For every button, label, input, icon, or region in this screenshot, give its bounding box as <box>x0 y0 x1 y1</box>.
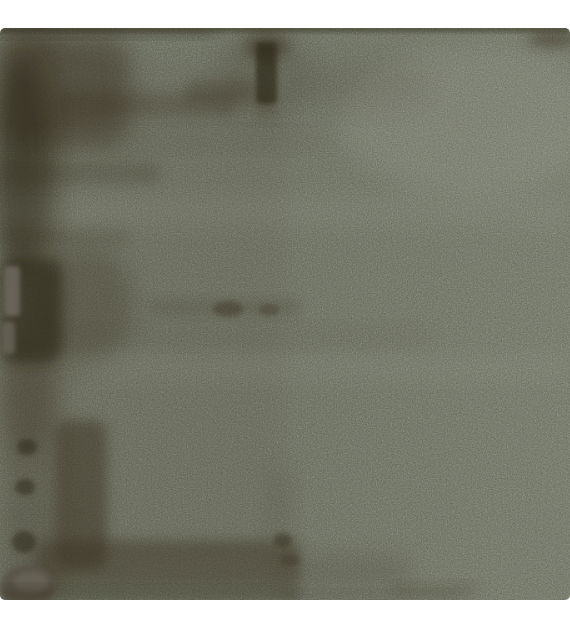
page <box>0 0 570 630</box>
mid-dot-2 <box>259 304 279 316</box>
streak-y170 <box>0 162 160 184</box>
bottom-rim-left <box>0 589 300 600</box>
edge-dot-2 <box>15 479 35 495</box>
mark-left-smudge <box>186 80 256 104</box>
gray-patch-2 <box>2 322 15 354</box>
gray-patch-1 <box>4 266 20 316</box>
mid-dot-1 <box>213 301 243 317</box>
edge-dot-1 <box>17 439 37 455</box>
top-rim-left <box>0 28 215 36</box>
sheen-streak-2 <box>90 358 570 378</box>
bottom-band-ext <box>290 556 410 588</box>
edge-dot-3 <box>12 531 36 553</box>
bottom-band <box>35 540 300 588</box>
mark-tail <box>259 98 274 116</box>
mid-band-faint <box>0 328 430 344</box>
streak-y235 <box>0 228 130 246</box>
mark-stroke <box>256 42 277 104</box>
bottom-rim-mid <box>280 592 460 599</box>
sheen-streak-1 <box>0 198 570 224</box>
tile-photo <box>0 0 570 630</box>
streak-y140 <box>40 132 320 148</box>
tile-surface <box>0 27 570 607</box>
